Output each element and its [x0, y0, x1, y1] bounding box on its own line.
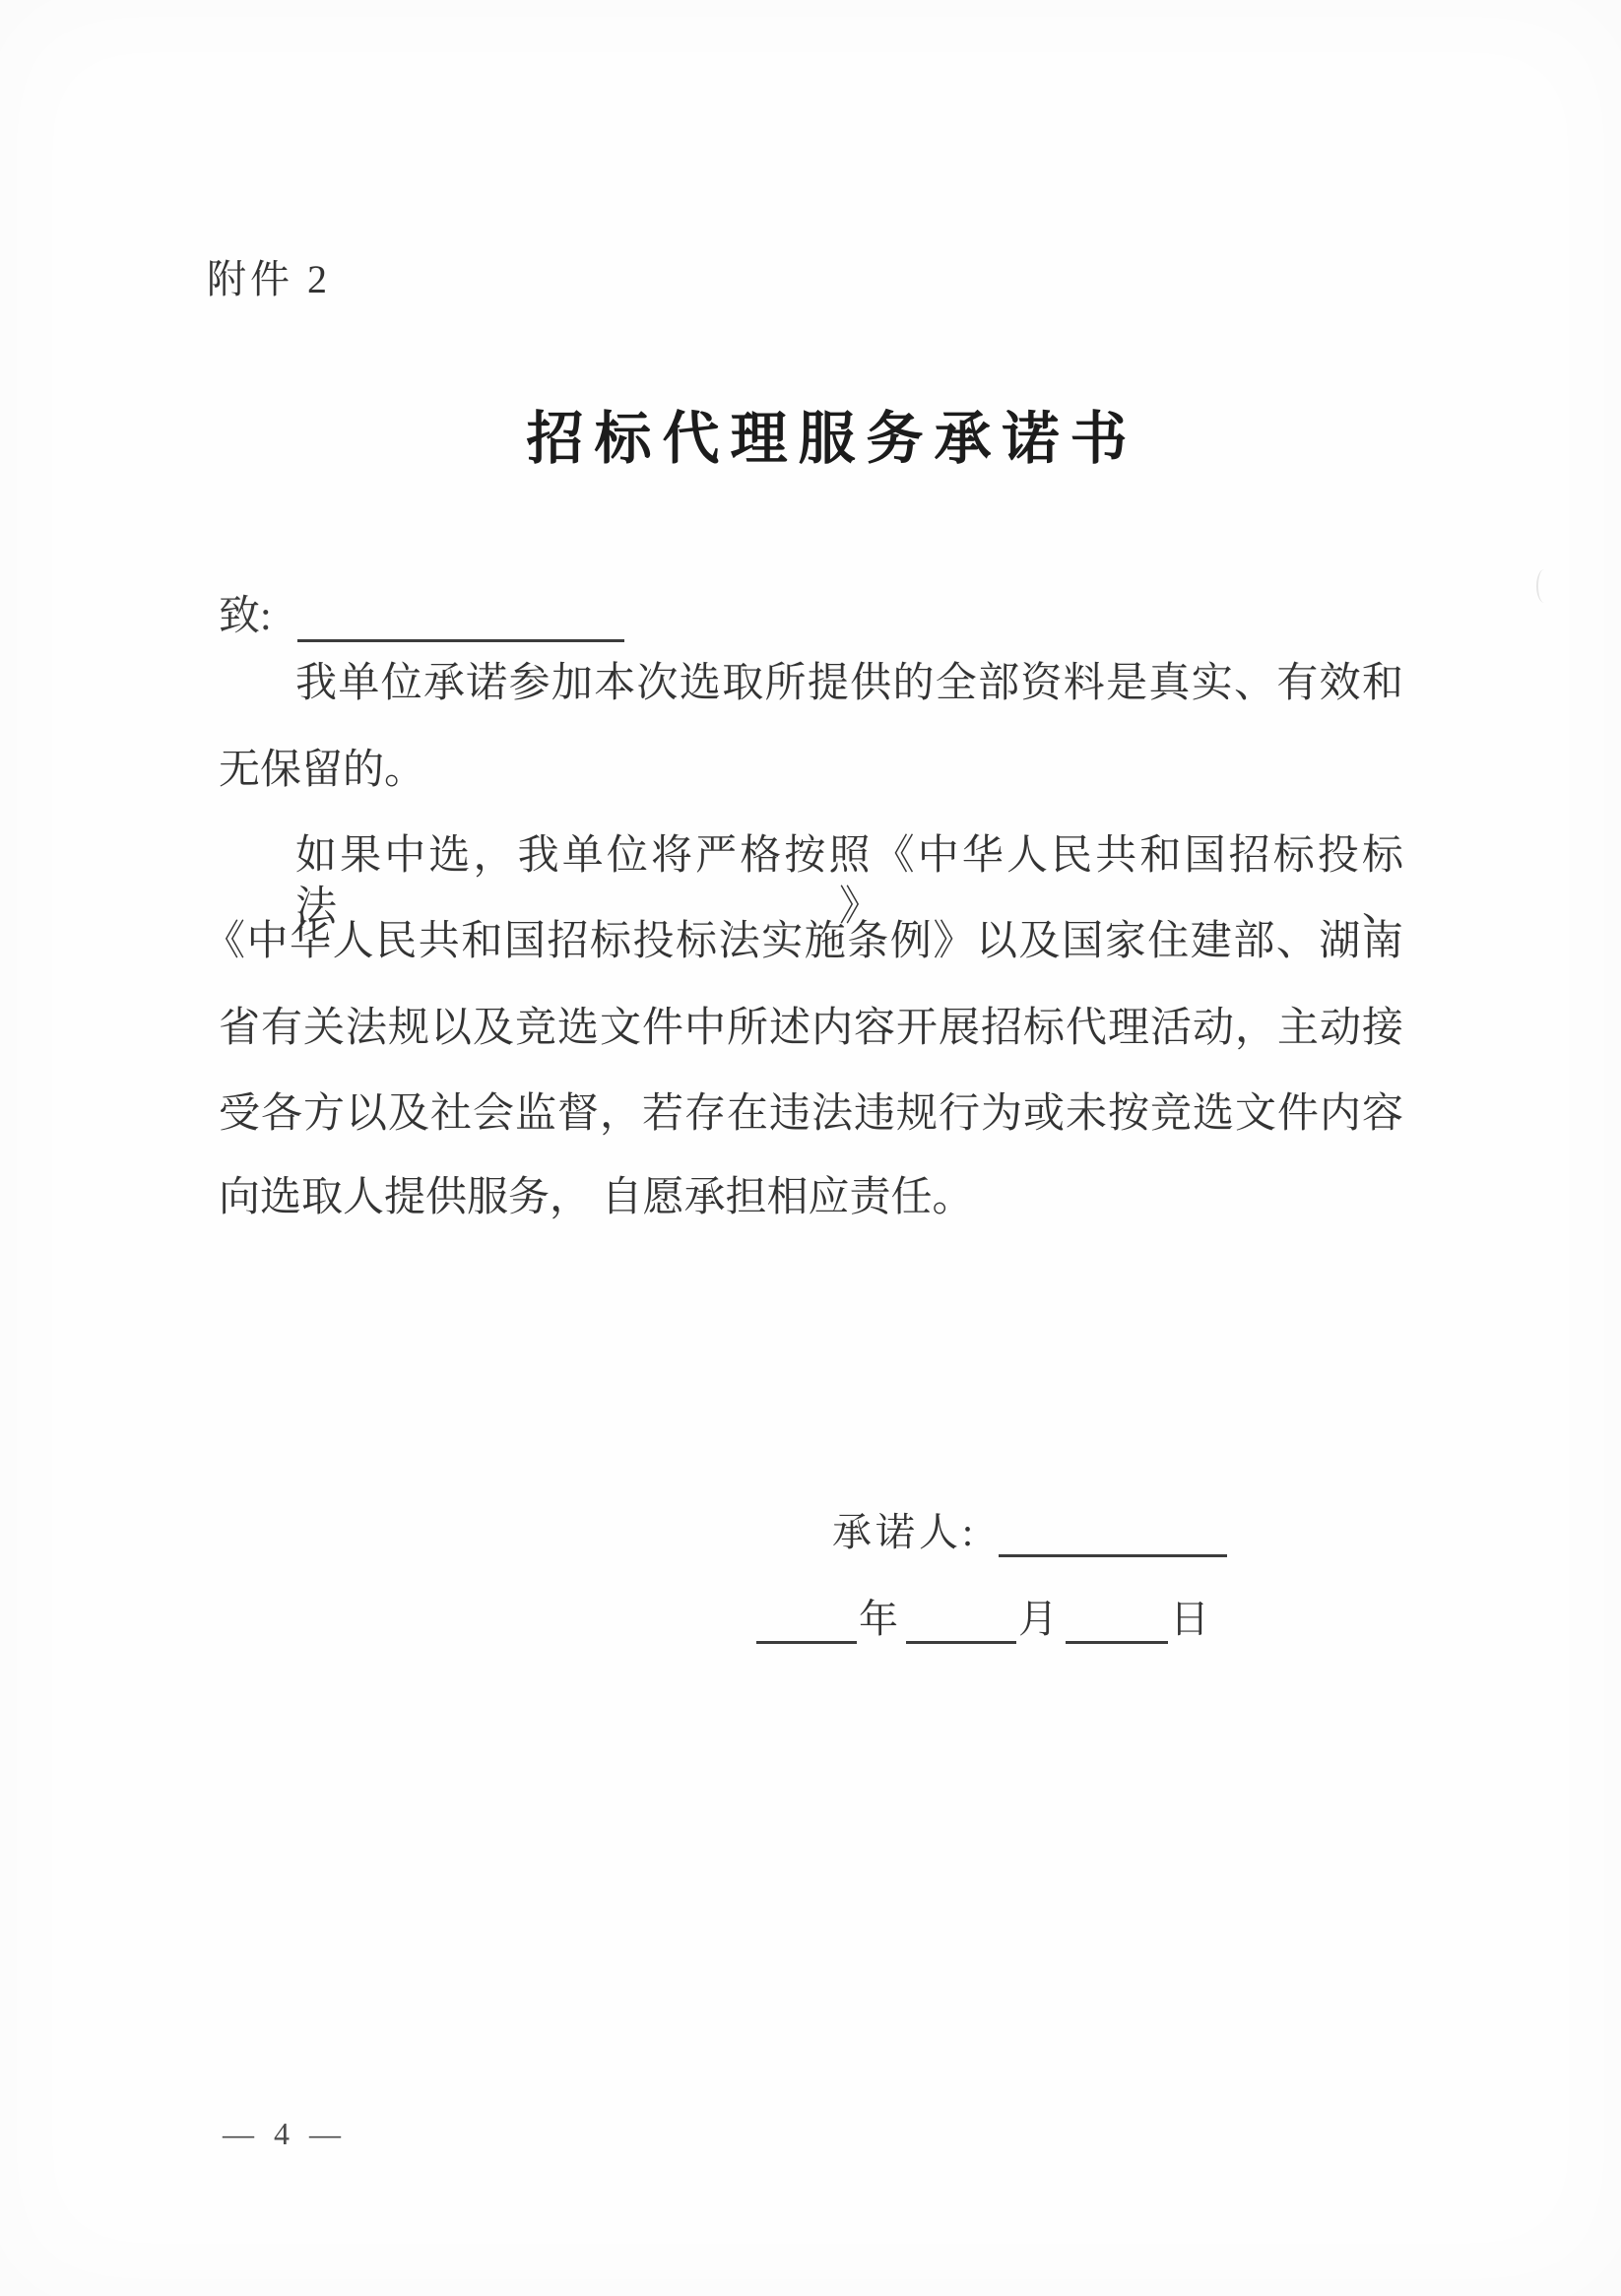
body-paragraph2-line5: 向选取人提供服务， 自愿承担相应责任。 — [219, 1172, 974, 1223]
year-blank-line — [756, 1600, 857, 1644]
day-blank-line — [1066, 1600, 1168, 1644]
month-blank-line — [906, 1600, 1016, 1644]
month-label: 月 — [1018, 1597, 1060, 1641]
body-paragraph1-line2: 无保留的。 — [219, 745, 425, 796]
body-paragraph2-line2: 《中华人民共和国招标投标法实施条例》以及国家住建部、湖南 — [204, 916, 1403, 967]
signature-date-row: 年月日 — [756, 1588, 1213, 1644]
scan-artifact — [1536, 569, 1552, 603]
body-paragraph2-line3: 省有关法规以及竞选文件中所述内容开展招标代理活动，主动接 — [219, 1003, 1403, 1054]
page-number: — 4 — — [223, 2116, 347, 2152]
promisor-signature-row: 承诺人: — [832, 1501, 1227, 1557]
day-label: 日 — [1170, 1597, 1211, 1641]
year-label: 年 — [859, 1597, 900, 1641]
salutation-prefix: 致: — [219, 594, 272, 639]
body-paragraph1-line1: 我单位承诺参加本次选取所提供的全部资料是真实、有效和 — [295, 658, 1403, 709]
salutation-blank-line — [297, 600, 624, 642]
promisor-blank-line — [999, 1513, 1227, 1557]
promisor-label: 承诺人: — [832, 1510, 977, 1554]
body-paragraph2-line4: 受各方以及社会监督，若存在违法违规行为或未按竞选文件内容 — [219, 1088, 1403, 1140]
salutation-row: 致: — [219, 583, 624, 642]
scanned-document-page: 附件 2 招标代理服务承诺书 致: 我单位承诺参加本次选取所提供的全部资料是真实… — [0, 0, 1621, 2296]
document-title: 招标代理服务承诺书 — [43, 392, 1621, 475]
attachment-label: 附件 2 — [207, 248, 331, 304]
